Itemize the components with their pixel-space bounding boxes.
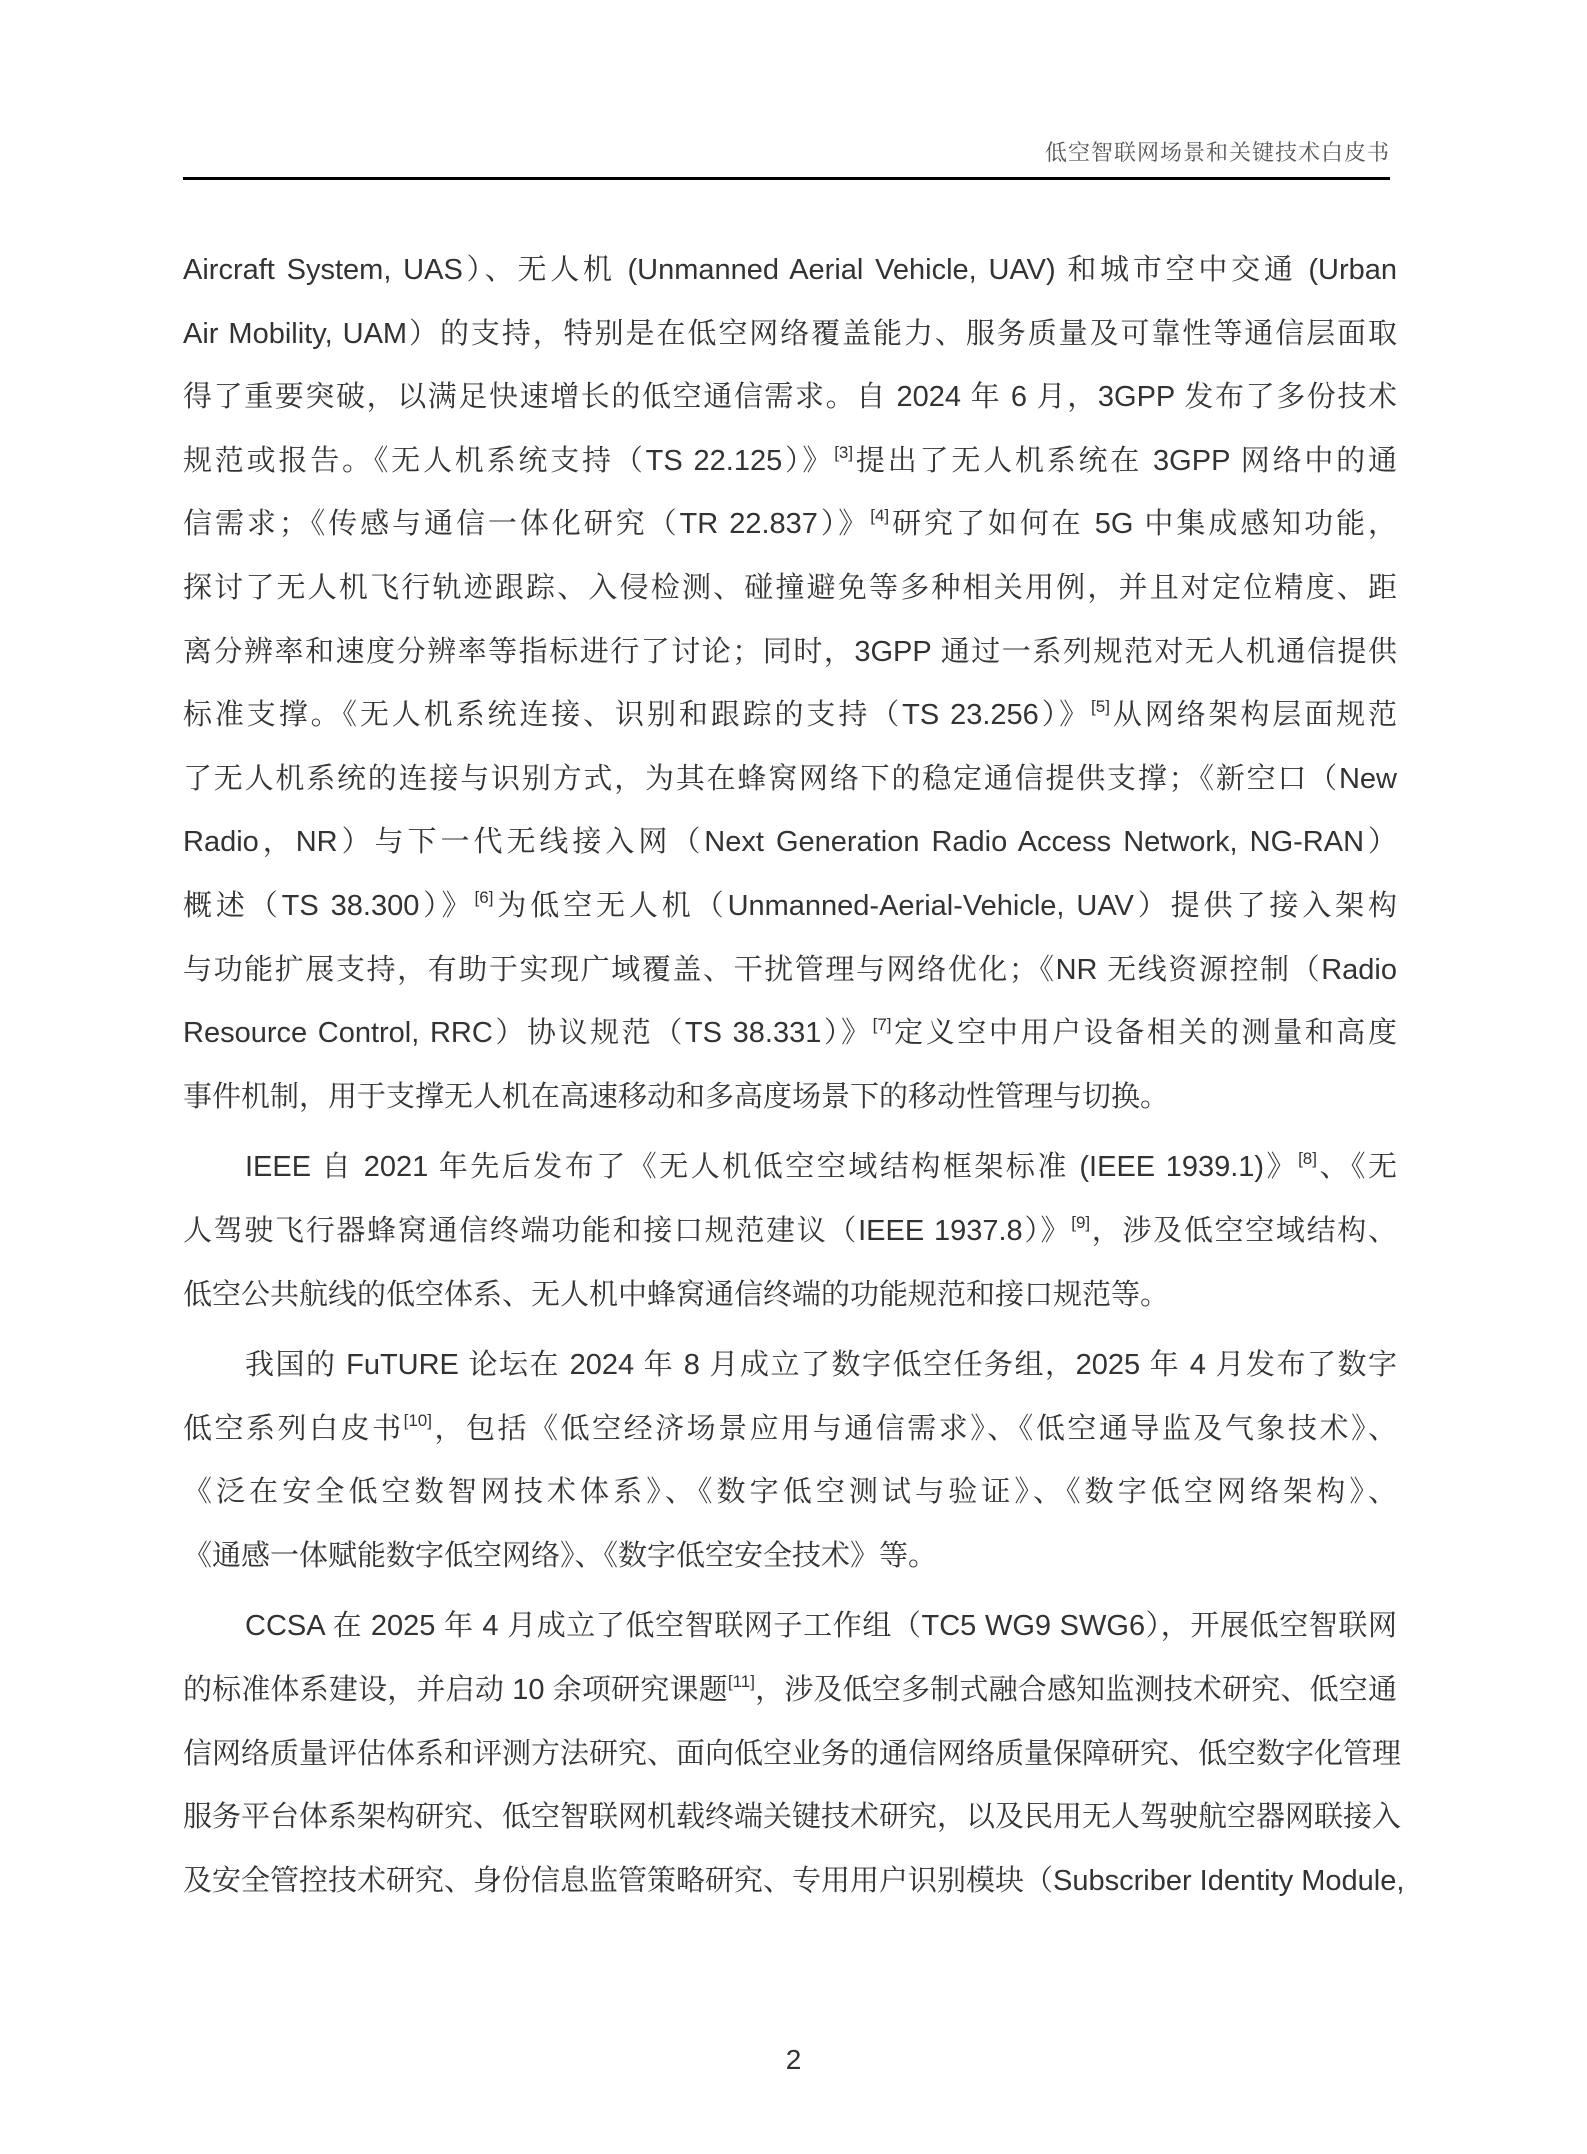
text-segment: CCSA 在 2025 年 4 月成立了低空智联网子工作组（TC5 WG9 SW… <box>245 1610 1397 1642</box>
text-segment: 低空系列白皮书 <box>183 1413 404 1445</box>
citation-reference[interactable]: [9] <box>1071 1213 1090 1232</box>
text-line: 低空公共航线的低空体系、无人机中蜂窝通信终端的功能规范和接口规范等。 <box>183 1273 1397 1337</box>
paragraph: Aircraft System, UAS）、无人机 (Unmanned Aeri… <box>183 248 1397 1138</box>
text-segment: 提出了无人机系统在 3GPP 网络中的通 <box>853 445 1397 477</box>
text-segment: ，包括《低空经济场景应用与通信需求》、《低空通导监及气象技术》、 <box>432 1413 1397 1445</box>
text-line: 我国的 FuTURE 论坛在 2024 年 8 月成立了数字低空任务组，2025… <box>183 1343 1397 1407</box>
citation-reference[interactable]: [6] <box>475 888 494 907</box>
text-line: IEEE 自 2021 年先后发布了《无人机低空空域结构框架标准 (IEEE 1… <box>183 1145 1397 1209</box>
text-segment: Aircraft System, UAS）、无人机 (Unmanned Aeri… <box>183 254 1397 286</box>
citation-reference[interactable]: [11] <box>728 1672 755 1691</box>
text-segment: 与功能扩展支持，有助于实现广域覆盖、干扰管理与网络优化；《NR 无线资源控制（R… <box>183 954 1397 986</box>
text-segment: Resource Control, RRC）协议规范（TS 38.331）》 <box>183 1017 873 1049</box>
text-segment: 得了重要突破，以满足快速增长的低空通信需求。自 2024 年 6 月，3GPP … <box>183 381 1397 413</box>
text-segment: ，涉及低空空域结构、 <box>1090 1215 1397 1247</box>
text-segment: Radio，NR）与下一代无线接入网（Next Generation Radio… <box>183 826 1397 858</box>
document-title: 低空智联网场景和关键技术白皮书 <box>1045 136 1390 167</box>
paragraph: CCSA 在 2025 年 4 月成立了低空智联网子工作组（TC5 WG9 SW… <box>183 1604 1397 1922</box>
text-line: 探讨了无人机飞行轨迹跟踪、入侵检测、碰撞避免等多种相关用例，并且对定位精度、距 <box>183 566 1397 630</box>
text-line: 标准支撑。《无人机系统连接、识别和跟踪的支持（TS 23.256）》[5]从网络… <box>183 693 1397 757</box>
text-segment: 信需求；《传感与通信一体化研究（TR 22.837）》 <box>183 508 870 540</box>
text-line: Resource Control, RRC）协议规范（TS 38.331）》[7… <box>183 1011 1397 1075</box>
text-line: 离分辨率和速度分辨率等指标进行了讨论；同时，3GPP 通过一系列规范对无人机通信… <box>183 630 1397 694</box>
citation-reference[interactable]: [5] <box>1091 697 1110 716</box>
text-segment: 离分辨率和速度分辨率等指标进行了讨论；同时，3GPP 通过一系列规范对无人机通信… <box>183 636 1397 668</box>
text-segment: 了无人机系统的连接与识别方式，为其在蜂窝网络下的稳定通信提供支撑；《新空口（Ne… <box>183 763 1397 795</box>
text-line: 规范或报告。《无人机系统支持（TS 22.125）》[3]提出了无人机系统在 3… <box>183 439 1397 503</box>
text-segment: 标准支撑。《无人机系统连接、识别和跟踪的支持（TS 23.256）》 <box>183 699 1091 731</box>
text-line: 信网络质量评估体系和评测方法研究、面向低空业务的通信网络质量保障研究、低空数字化… <box>183 1732 1397 1796</box>
text-segment: 《泛在安全低空数智网技术体系》、《数字低空测试与验证》、《数字低空网络架构》、 <box>183 1476 1397 1508</box>
text-line: 与功能扩展支持，有助于实现广域覆盖、干扰管理与网络优化；《NR 无线资源控制（R… <box>183 948 1397 1012</box>
text-segment: 探讨了无人机飞行轨迹跟踪、入侵检测、碰撞避免等多种相关用例，并且对定位精度、距 <box>183 572 1397 604</box>
page-number: 2 <box>0 2044 1587 2076</box>
paragraph: IEEE 自 2021 年先后发布了《无人机低空空域结构框架标准 (IEEE 1… <box>183 1145 1397 1336</box>
text-segment: 人驾驶飞行器蜂窝通信终端功能和接口规范建议（IEEE 1937.8）》 <box>183 1215 1071 1247</box>
page-header: 低空智联网场景和关键技术白皮书 <box>183 128 1390 180</box>
text-segment: 信网络质量评估体系和评测方法研究、面向低空业务的通信网络质量保障研究、低空数字化… <box>183 1738 1401 1770</box>
text-segment: 服务平台体系架构研究、低空智联网机载终端关键技术研究，以及民用无人驾驶航空器网联… <box>183 1801 1401 1833</box>
text-line: Radio，NR）与下一代无线接入网（Next Generation Radio… <box>183 820 1397 884</box>
text-segment: 概述（TS 38.300）》 <box>183 890 475 922</box>
text-segment: 事件机制，用于支撑无人机在高速移动和多高度场景下的移动性管理与切换。 <box>183 1081 1169 1113</box>
text-line: 得了重要突破，以满足快速增长的低空通信需求。自 2024 年 6 月，3GPP … <box>183 375 1397 439</box>
text-line: 了无人机系统的连接与识别方式，为其在蜂窝网络下的稳定通信提供支撑；《新空口（Ne… <box>183 757 1397 821</box>
text-segment: 及安全管控技术研究、身份信息监管策略研究、专用用户识别模块（Subscriber… <box>183 1865 1404 1897</box>
text-segment: 为低空无人机（Unmanned-Aerial-Vehicle, UAV）提供了接… <box>493 890 1397 922</box>
text-line: Aircraft System, UAS）、无人机 (Unmanned Aeri… <box>183 248 1397 312</box>
text-segment: IEEE 自 2021 年先后发布了《无人机低空空域结构框架标准 (IEEE 1… <box>245 1151 1298 1183</box>
text-line: 人驾驶飞行器蜂窝通信终端功能和接口规范建议（IEEE 1937.8）》[9]，涉… <box>183 1209 1397 1273</box>
text-segment: 《通感一体赋能数字低空网络》、《数字低空安全技术》等。 <box>183 1540 937 1572</box>
text-line: 低空系列白皮书[10]，包括《低空经济场景应用与通信需求》、《低空通导监及气象技… <box>183 1407 1397 1471</box>
text-segment: 从网络架构层面规范 <box>1110 699 1397 731</box>
citation-reference[interactable]: [7] <box>873 1015 892 1034</box>
text-line: 概述（TS 38.300）》[6]为低空无人机（Unmanned-Aerial-… <box>183 884 1397 948</box>
text-segment: 我国的 FuTURE 论坛在 2024 年 8 月成立了数字低空任务组，2025… <box>245 1349 1397 1381</box>
text-line: Air Mobility, UAM）的支持，特别是在低空网络覆盖能力、服务质量及… <box>183 312 1397 376</box>
text-line: 信需求；《传感与通信一体化研究（TR 22.837）》[4]研究了如何在 5G … <box>183 502 1397 566</box>
text-segment: 规范或报告。《无人机系统支持（TS 22.125）》 <box>183 445 834 477</box>
citation-reference[interactable]: [10] <box>404 1411 432 1430</box>
text-segment: 低空公共航线的低空体系、无人机中蜂窝通信终端的功能规范和接口规范等。 <box>183 1279 1169 1311</box>
paragraph: 我国的 FuTURE 论坛在 2024 年 8 月成立了数字低空任务组，2025… <box>183 1343 1397 1597</box>
text-line: 《泛在安全低空数智网技术体系》、《数字低空测试与验证》、《数字低空网络架构》、 <box>183 1470 1397 1534</box>
text-segment: 定义空中用户设备相关的测量和高度 <box>892 1017 1397 1049</box>
text-segment: ，涉及低空多制式融合感知监测技术研究、低空通 <box>755 1674 1397 1706</box>
text-segment: 研究了如何在 5G 中集成感知功能， <box>889 508 1397 540</box>
text-line: 服务平台体系架构研究、低空智联网机载终端关键技术研究，以及民用无人驾驶航空器网联… <box>183 1795 1397 1859</box>
text-segment: 的标准体系建设，并启动 10 余项研究课题 <box>183 1674 728 1706</box>
citation-reference[interactable]: [8] <box>1298 1149 1317 1168</box>
text-line: 及安全管控技术研究、身份信息监管策略研究、专用用户识别模块（Subscriber… <box>183 1859 1397 1923</box>
citation-reference[interactable]: [4] <box>870 506 889 525</box>
text-segment: Air Mobility, UAM）的支持，特别是在低空网络覆盖能力、服务质量及… <box>183 318 1397 350</box>
text-line: 事件机制，用于支撑无人机在高速移动和多高度场景下的移动性管理与切换。 <box>183 1075 1397 1139</box>
text-line: 的标准体系建设，并启动 10 余项研究课题[11]，涉及低空多制式融合感知监测技… <box>183 1668 1397 1732</box>
text-segment: 、《无 <box>1317 1151 1397 1183</box>
text-line: CCSA 在 2025 年 4 月成立了低空智联网子工作组（TC5 WG9 SW… <box>183 1604 1397 1668</box>
document-body: Aircraft System, UAS）、无人机 (Unmanned Aeri… <box>183 248 1397 1922</box>
text-line: 《通感一体赋能数字低空网络》、《数字低空安全技术》等。 <box>183 1534 1397 1598</box>
header-divider <box>183 177 1390 180</box>
citation-reference[interactable]: [3] <box>834 443 853 462</box>
